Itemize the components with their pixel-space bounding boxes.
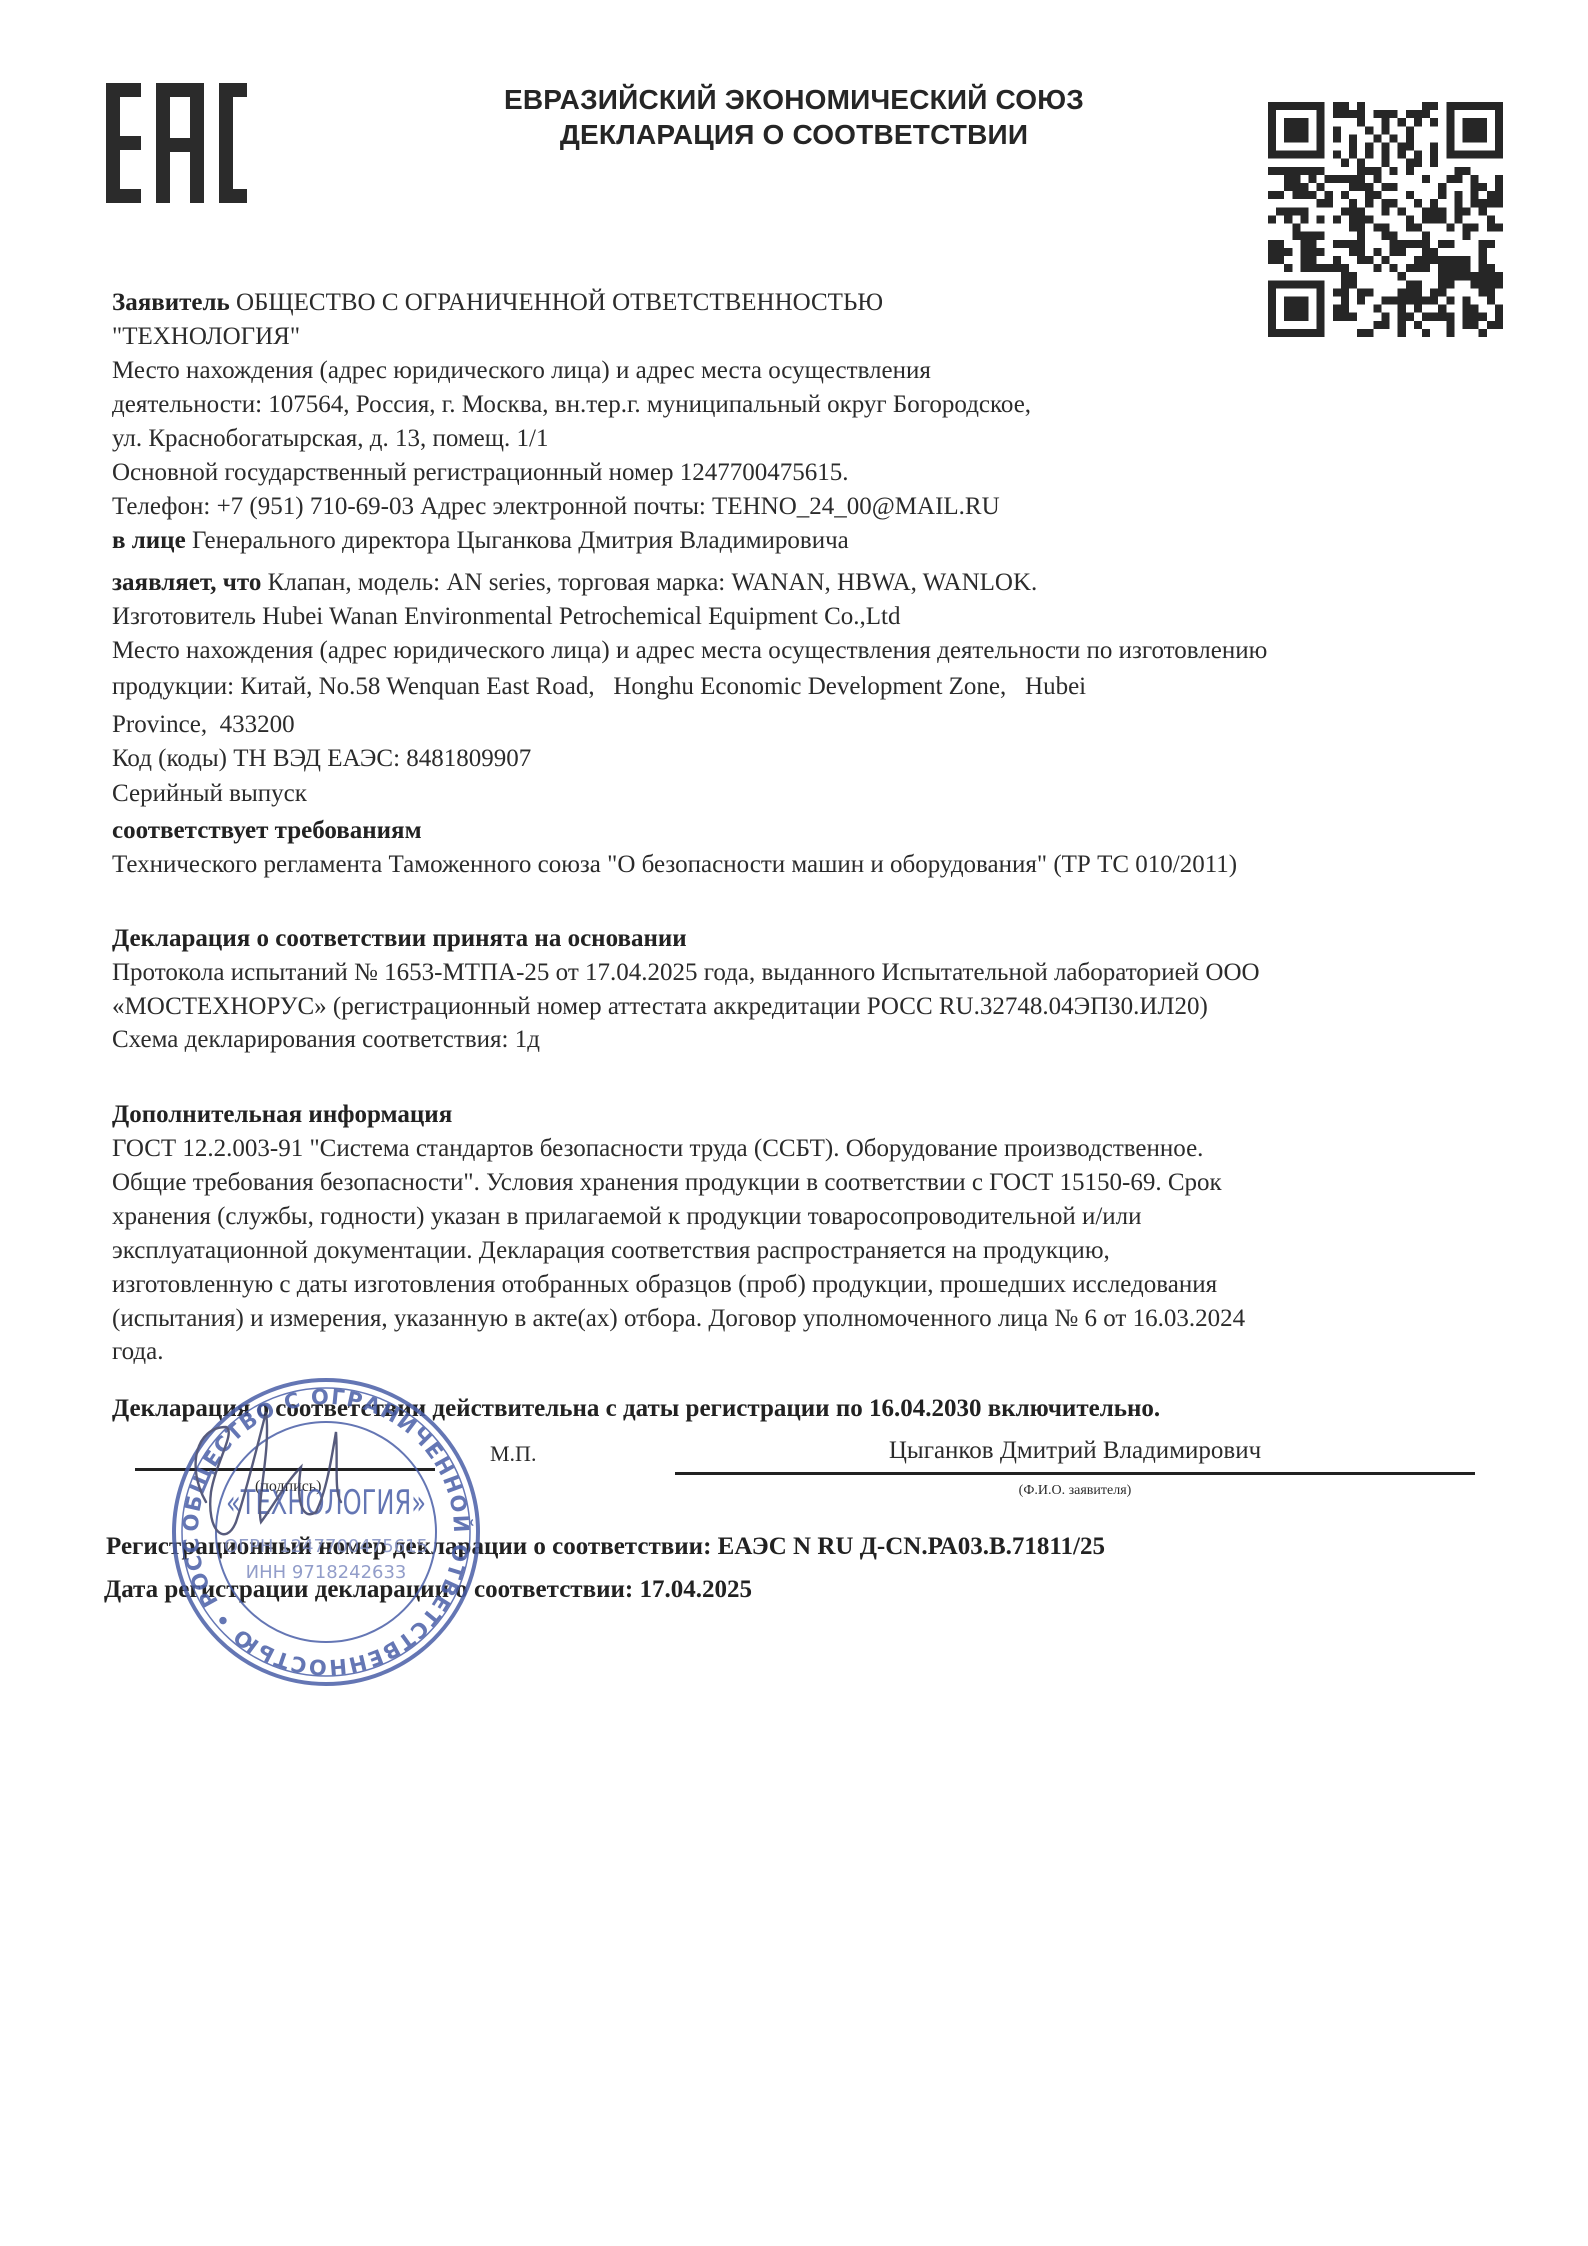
signer-name-line [675, 1472, 1475, 1475]
signer-name: Цыганков Дмитрий Владимирович [675, 1434, 1475, 1468]
svg-text:ОГРН 1247700475615: ОГРН 1247700475615 [224, 1536, 428, 1557]
applicant-label: Заявитель [112, 289, 230, 316]
additional-line-2: Общие требования безопасности". Условия … [112, 1166, 1222, 1200]
basis-heading: Декларация о соответствии принята на осн… [112, 922, 687, 956]
applicant-contacts: Телефон: +7 (951) 710-69-03 Адрес электр… [112, 490, 1000, 524]
signer-caption: (Ф.И.О. заявителя) [675, 1482, 1475, 1500]
manufacturer-line: Изготовитель Hubei Wanan Environmental P… [112, 600, 901, 634]
additional-heading: Дополнительная информация [112, 1098, 452, 1132]
stamp-place-label: М.П. [490, 1437, 536, 1471]
additional-line-5: изготовленную с даты изготовления отобра… [112, 1268, 1217, 1302]
hs-code-line: Код (коды) ТН ВЭД ЕАЭС: 8481809907 [112, 742, 531, 776]
svg-text:«ТЕХНОЛОГИЯ»: «ТЕХНОЛОГИЯ» [226, 1483, 426, 1523]
registration-number: ЕАЭС N RU Д-CN.РА03.В.71811/25 [711, 1533, 1105, 1560]
manufacturer-address-1: Место нахождения (адрес юридического лиц… [112, 634, 1267, 668]
representative-text: Генерального директора Цыганкова Дмитрия… [186, 527, 849, 554]
additional-line-7: года. [112, 1335, 163, 1369]
applicant-line: Заявитель ОБЩЕСТВО С ОГРАНИЧЕННОЙ ОТВЕТС… [112, 286, 883, 320]
regulation-line: Технического регламента Таможенного союз… [112, 848, 1237, 882]
complies-heading: соответствует требованиям [112, 814, 422, 848]
additional-line-4: эксплуатационной документации. Деклараци… [112, 1234, 1110, 1268]
manufacturer-address-2: продукции: Китай, No.58 Wenquan East Roa… [112, 670, 1086, 704]
registration-date: 17.04.2025 [633, 1576, 752, 1603]
company-stamp-icon: ОБЩЕСТВО С ОГРАНИЧЕННОЙ ОТВЕТСТВЕННОСТЬЮ… [166, 1372, 486, 1692]
declares-line: заявляет, что Клапан, модель: AN series,… [112, 566, 1037, 600]
svg-text:ИНН 9718242633: ИНН 9718242633 [246, 1562, 407, 1583]
basis-line-1: Протокола испытаний № 1653-МТПА-25 от 17… [112, 956, 1260, 990]
applicant-name: ОБЩЕСТВО С ОГРАНИЧЕННОЙ ОТВЕТСТВЕННОСТЬЮ [230, 289, 883, 316]
manufacturer-address-3: Province, 433200 [112, 708, 295, 742]
series-line: Серийный выпуск [112, 777, 307, 811]
applicant-representative: в лице Генерального директора Цыганкова … [112, 524, 849, 558]
applicant-address-1: Место нахождения (адрес юридического лиц… [112, 354, 931, 388]
representative-label: в лице [112, 527, 186, 554]
basis-line-3: Схема декларирования соответствия: 1д [112, 1023, 540, 1057]
declares-text: Клапан, модель: AN series, торговая марк… [261, 569, 1037, 596]
applicant-ogrn: Основной государственный регистрационный… [112, 456, 848, 490]
additional-line-6: (испытания) и измерения, указанную в акт… [112, 1302, 1245, 1336]
additional-line-3: хранения (службы, годности) указан в при… [112, 1200, 1142, 1234]
applicant-address-3: ул. Краснобогатырская, д. 13, помещ. 1/1 [112, 422, 548, 456]
declares-label: заявляет, что [112, 569, 261, 596]
applicant-name-cont: "ТЕХНОЛОГИЯ" [112, 320, 300, 354]
applicant-address-2: деятельности: 107564, Россия, г. Москва,… [112, 388, 1031, 422]
additional-line-1: ГОСТ 12.2.003-91 "Система стандартов без… [112, 1132, 1203, 1166]
basis-line-2: «МОСТЕХНОРУС» (регистрационный номер атт… [112, 990, 1208, 1024]
qr-code-icon[interactable] [1268, 102, 1503, 337]
